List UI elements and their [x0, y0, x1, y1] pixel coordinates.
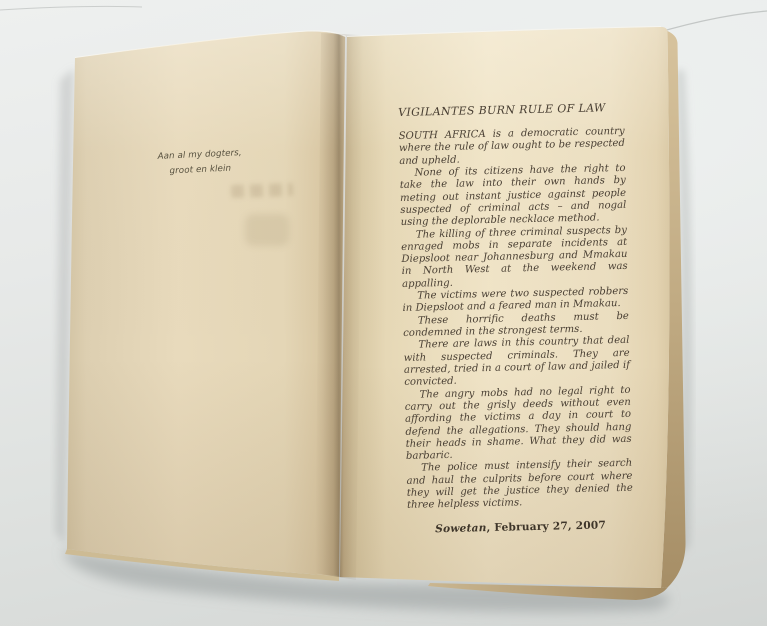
- dedication-text: Aan al my dogters, groot en klein: [151, 146, 248, 179]
- body-paragraph: The angry mobs had no legal right to car…: [404, 384, 632, 463]
- body-paragraph: SOUTH AFRICA is a democratic country whe…: [399, 126, 626, 168]
- editorial-text-column: VIGILANTES BURN RULE OF LAW SOUTH AFRICA…: [398, 101, 634, 536]
- body-paragraph: The police must intensify their search a…: [406, 458, 633, 512]
- body-paragraph: The killing of three criminal suspects b…: [401, 224, 628, 291]
- gutter-shadow: [315, 33, 363, 580]
- book-illustration: [0, 0, 767, 626]
- body-paragraph: None of its citizens have the right to t…: [399, 163, 626, 230]
- body-paragraph: There are laws in this country that deal…: [403, 335, 630, 389]
- wall-scratch-left: [0, 6, 142, 10]
- attribution-source: Sowetan: [435, 522, 487, 535]
- open-book-photo: Aan al my dogters, groot en klein VIGILA…: [0, 0, 767, 626]
- left-page-shading: [67, 31, 345, 576]
